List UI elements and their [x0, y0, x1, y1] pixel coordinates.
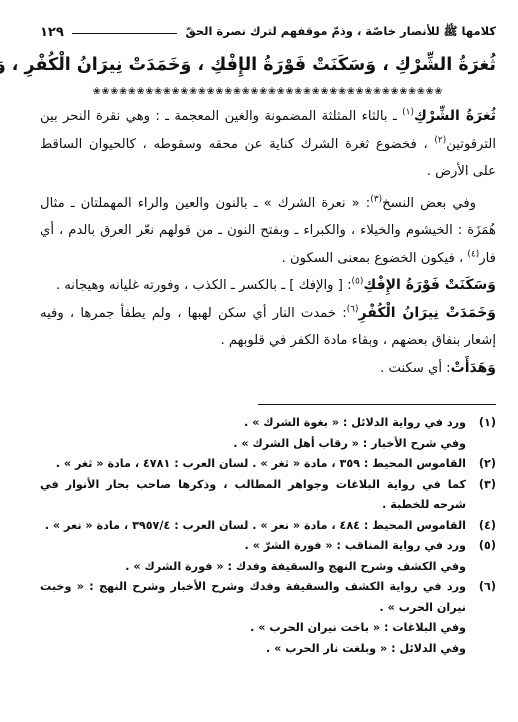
footnote-text: القاموس المحيط : ٣٥٩ ، مادة « ثغر » . لس… [40, 454, 466, 475]
footnote-number: (١) [466, 413, 496, 434]
footnote-text: القاموس المحيط : ٤٨٤ ، مادة « نعر » . لس… [40, 516, 466, 537]
header-rule [72, 33, 178, 34]
footnote-text: ورد في رواية الكشف والسقيفة وفدك وشرح ال… [40, 577, 466, 618]
footnote-text: وفي الدلائل : « وبلغت نار الحرب » . [40, 639, 466, 660]
footnote-number: (٣) [466, 475, 496, 516]
running-header: كلامها ﷺ للأنصار خاصّة ، وذمّ موقفهم لتر… [40, 22, 496, 42]
footnote: (٣) كما في رواية البلاغات وجواهر المطالب… [40, 475, 496, 516]
footnote-ref[interactable]: (٦) [347, 304, 359, 314]
footnote-text: وفي البلاغات : « باخت نيران الحرب » . [40, 618, 466, 639]
lemma: وَسَكَنَتْ فَوْرَةُ الإِفْكِ [363, 277, 496, 293]
page-number: ١٢٩ [40, 25, 64, 40]
footnote-text: ورد في رواية الدلائل : « بغوة الشرك » . [40, 413, 466, 434]
footnote: (١) ورد في رواية الدلائل : « بغوة الشرك … [40, 413, 496, 434]
footnote-continuation: (٠) وفي الكشف وشرح النهج والسقيفة وفدك :… [40, 557, 496, 578]
paragraph-thughrat-al-shirk: ثُغرَةُ الشِّرْكِ(١) ـ بالثاء المثلثة ال… [40, 103, 496, 186]
footnote-ref[interactable]: (٤) [467, 249, 479, 259]
footnote-number: (٦) [466, 577, 496, 618]
quoted-sermon-line: ثُغرَةُ الشِّرْكِ ، وَسَكَنَتْ فَوْرَةُ … [40, 52, 496, 78]
paragraph-text: ، فيكون الخضوع بمعنى السكون . [282, 251, 468, 266]
running-title: كلامها ﷺ للأنصار خاصّة ، وذمّ موقفهم لتر… [185, 24, 496, 41]
book-page: كلامها ﷺ للأنصار خاصّة ، وذمّ موقفهم لتر… [40, 22, 496, 659]
footnote-text: كما في رواية البلاغات وجواهر المطالب ، و… [40, 475, 466, 516]
footnote-number: (٥) [466, 536, 496, 557]
footnote-ref[interactable]: (٥) [352, 277, 364, 287]
lemma: وَخَمَدَتْ نِيرَانُ الْكُفْرِ [359, 305, 496, 321]
footnote-continuation: (٠) وفي شرح الأخبار : « رقاب أهل الشرك »… [40, 434, 496, 455]
paragraph-variant-reading: وفي بعض النسخ(٣): « نعرة الشرك » ـ بالنو… [40, 190, 496, 273]
lemma: ثُغرَةُ الشِّرْكِ [414, 108, 496, 124]
footnote-ref[interactable]: (١) [402, 108, 414, 118]
footnote-number: (٢) [466, 454, 496, 475]
paragraph-text: : أي سكنت . [380, 361, 450, 376]
commentary-body: ثُغرَةُ الشِّرْكِ(١) ـ بالثاء المثلثة ال… [40, 103, 496, 382]
ornament-divider: ❀❀❀❀❀❀❀❀❀❀❀❀❀❀❀❀❀❀❀❀❀❀❀❀❀❀❀❀❀❀❀❀❀❀❀❀❀❀❀❀ [40, 86, 496, 97]
paragraph-text: : [ والإفك ] ـ بالكسر ـ الكذب ، وفورته غ… [56, 278, 352, 293]
footnote-text: وفي شرح الأخبار : « رقاب أهل الشرك » . [40, 434, 466, 455]
footnote-ref[interactable]: (٢) [434, 135, 446, 145]
footnote-text: وفي الكشف وشرح النهج والسقيفة وفدك : « ف… [40, 557, 466, 578]
footnote-number: (٤) [466, 516, 496, 537]
paragraph-hada-at: وَهَدَأَتْ: أي سكنت . [40, 355, 496, 383]
footnote: (٥) ورد في رواية المناقب : « فورة الشرّ … [40, 536, 496, 557]
lemma: وَهَدَأَتْ [451, 360, 496, 376]
footnote-continuation: (٠) وفي الدلائل : « وبلغت نار الحرب » . [40, 639, 496, 660]
footnote: (٦) ورد في رواية الكشف والسقيفة وفدك وشر… [40, 577, 496, 618]
footnote: (٢) القاموس المحيط : ٣٥٩ ، مادة « ثغر » … [40, 454, 496, 475]
footnote-ref[interactable]: (٣) [370, 194, 382, 204]
footnote: (٤) القاموس المحيط : ٤٨٤ ، مادة « نعر » … [40, 516, 496, 537]
footnote-continuation: (٠) وفي البلاغات : « باخت نيران الحرب » … [40, 618, 496, 639]
paragraph-text: وفي بعض النسخ [382, 196, 476, 211]
paragraph-fawrat-al-ifk: وَسَكَنَتْ فَوْرَةُ الإِفْكِ(٥): [ والإف… [40, 272, 496, 300]
footnote-text: ورد في رواية المناقب : « فورة الشرّ » . [40, 536, 466, 557]
paragraph-text: ، فخضوع ثغرة الشرك كناية عن محقه وسقوطه … [40, 137, 496, 180]
paragraph-niran-al-kufr: وَخَمَدَتْ نِيرَانُ الْكُفْرِ(٦): خمدت ا… [40, 300, 496, 355]
footnotes: (١) ورد في رواية الدلائل : « بغوة الشرك … [40, 413, 496, 659]
footnote-separator [258, 404, 496, 405]
